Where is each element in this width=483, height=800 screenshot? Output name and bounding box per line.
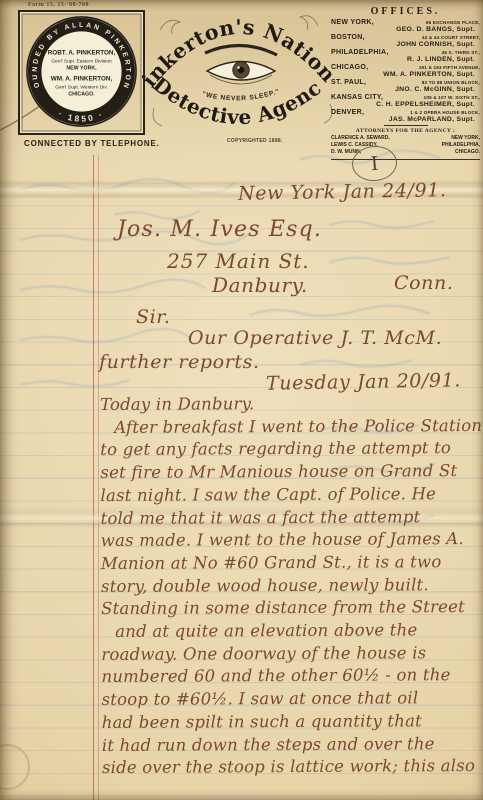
attorney-name: CLARENCE A. SEWARD, <box>331 135 390 142</box>
office-entry: PHILADELPHIA,45 S. THIRD ST., R. J. LIND… <box>331 49 480 63</box>
body-line: Standing in some distance from the Stree… <box>101 596 479 621</box>
dateline: New York Jan 24/91. <box>238 179 447 205</box>
office-entry: CHICAGO,191 & 193 FIFTH AVENUE, WM. A. P… <box>331 64 480 78</box>
operative-line: Our Operative J. T. McM. <box>188 327 442 349</box>
body-line: set fire to Mr Manious house on Grand St <box>100 460 478 485</box>
report-date: Tuesday Jan 20/91. <box>266 369 461 394</box>
body-line: it had run down the steps and over the <box>102 733 480 758</box>
office-address: 83 TO 88 UNION BLOCK, <box>422 80 480 85</box>
office-city: NEW YORK, <box>331 19 374 26</box>
body-line: numbered 60 and the other 60½ - on the <box>101 664 479 689</box>
body-line: last night. I saw the Capt. of Police. H… <box>100 483 478 508</box>
attorney-row: LEWIS C. CASSIDY, PHILADELPHIA, <box>331 142 480 149</box>
office-entry: BOSTON,42 & 44 COURT STREET, JOHN CORNIS… <box>331 34 480 48</box>
attorney-city: CHICAGO. <box>455 149 480 156</box>
telephone-note: CONNECTED BY TELEPHONE. <box>24 139 160 148</box>
office-supt: JAS. McPARLAND, Supt. <box>331 116 480 123</box>
body-line: story, double wood house, newly built. <box>101 574 479 599</box>
office-supt: JOHN CORNISH, Supt. <box>331 41 480 48</box>
office-city: CHICAGO, <box>331 64 368 71</box>
form-number: Form 15. 15-'88-700 <box>28 2 89 8</box>
recipient-state: Conn. <box>394 272 454 294</box>
seal-officer1-city: NEW YORK, <box>66 66 97 72</box>
office-city: KANSAS CITY, <box>331 94 383 101</box>
body-line: side over the stoop is lattice work; thi… <box>102 755 480 780</box>
office-city: DENVER, <box>331 109 364 116</box>
office-city: BOSTON, <box>331 34 365 41</box>
divider <box>384 125 428 126</box>
copyright-note: COPYRIGHTED 1888. <box>227 138 283 144</box>
seal-officer2-city: CHICAGO. <box>68 91 95 97</box>
office-supt: JNO. C. McGINN, Supt. <box>331 86 480 93</box>
office-entry: KANSAS CITY,105 & 107 W. SIXTH ST., C. H… <box>331 94 480 108</box>
body-line: was made. I went to the house of James A… <box>101 528 479 553</box>
body-line: told me that it was a fact the attempt <box>101 506 479 531</box>
body-line: Today in Danbury. <box>100 392 478 417</box>
office-supt: C. H. EPPELSHEIMER, Supt. <box>331 101 480 108</box>
office-supt: WM. A. PINKERTON, Supt. <box>331 71 480 78</box>
attorney-city: PHILADELPHIA, <box>442 142 480 149</box>
recipient-city: Danbury. <box>212 273 308 297</box>
office-supt: R. J. LINDEN, Supt. <box>331 56 480 63</box>
body-line: After breakfast I went to the Police Sta… <box>100 415 478 440</box>
recipient-street: 257 Main St. <box>167 249 310 273</box>
attorney-row: CLARENCE A. SEWARD, NEW YORK, <box>331 135 480 142</box>
eye-icon <box>205 45 277 84</box>
office-address: 105 & 107 W. SIXTH ST., <box>424 95 480 100</box>
seal-officer2-title: Gen'l Supt. Western Div. <box>55 84 108 90</box>
office-address: 42 & 44 COURT STREET, <box>422 35 480 40</box>
offices-list: OFFICES. NEW YORK,66 EXCHANGE PLACE, GEO… <box>331 6 480 160</box>
salutation: Sir. <box>136 306 171 328</box>
office-address: 191 & 193 FIFTH AVENUE, <box>419 65 480 70</box>
body-line: had been spilt in such a quantity that <box>102 710 480 735</box>
offices-heading: OFFICES. <box>331 6 480 17</box>
seal-officer1-name: ROBT. A. PINKERTON, <box>48 50 116 57</box>
body-line: Manion at No #60 Grand St., it is a two <box>101 551 479 576</box>
office-entry: ST. PAUL,83 TO 88 UNION BLOCK, JNO. C. M… <box>331 79 480 93</box>
body-line: to get any facts regarding the attempt t… <box>100 437 478 462</box>
body-line: roadway. One doorway of the house is <box>101 642 479 667</box>
attorneys-heading: ATTORNEYS FOR THE AGENCY : <box>331 128 480 134</box>
operative-line-continued: further reports. <box>99 351 260 373</box>
recipient-name: Jos. M. Ives Esq. <box>117 217 322 242</box>
office-address: 66 EXCHANGE PLACE, <box>426 20 480 25</box>
office-supt: GEO. D. BANGS, Supt. <box>331 26 480 33</box>
founders-seal: FOUNDED BY ALLAN PINKERTON. · 1850 · ROB… <box>18 10 145 135</box>
margin-line <box>93 155 99 800</box>
scanned-letter-page: Form 15. 15-'88-700 FOUNDED BY ALLAN PIN… <box>0 0 483 800</box>
office-address: 45 S. THIRD ST., <box>442 50 480 55</box>
attorney-row: D. W. MUNN, CHICAGO. <box>331 149 480 156</box>
office-city: ST. PAUL, <box>331 79 366 86</box>
office-city: PHILADELPHIA, <box>331 49 389 56</box>
office-address: 1 & 2 OPERA HOUSE BLOCK, <box>410 110 480 115</box>
seal-officer2-name: WM. A. PINKERTON, <box>51 75 113 82</box>
seal-officer1-title: Gen'l Supt. Eastern Division <box>51 59 112 65</box>
office-entry: NEW YORK,66 EXCHANGE PLACE, GEO. D. BANG… <box>331 19 480 33</box>
body-line: stoop to #60½. I saw at once that oil <box>102 687 480 712</box>
attorney-city: NEW YORK, <box>451 135 480 142</box>
body-line: and at quite an elevation above the <box>101 619 479 644</box>
office-entry: DENVER,1 & 2 OPERA HOUSE BLOCK, JAS. McP… <box>331 109 480 123</box>
agency-logo: Pinkerton's National Detective Agency "W… <box>142 0 342 146</box>
letter-body: Today in Danbury. After breakfast I went… <box>100 392 480 780</box>
